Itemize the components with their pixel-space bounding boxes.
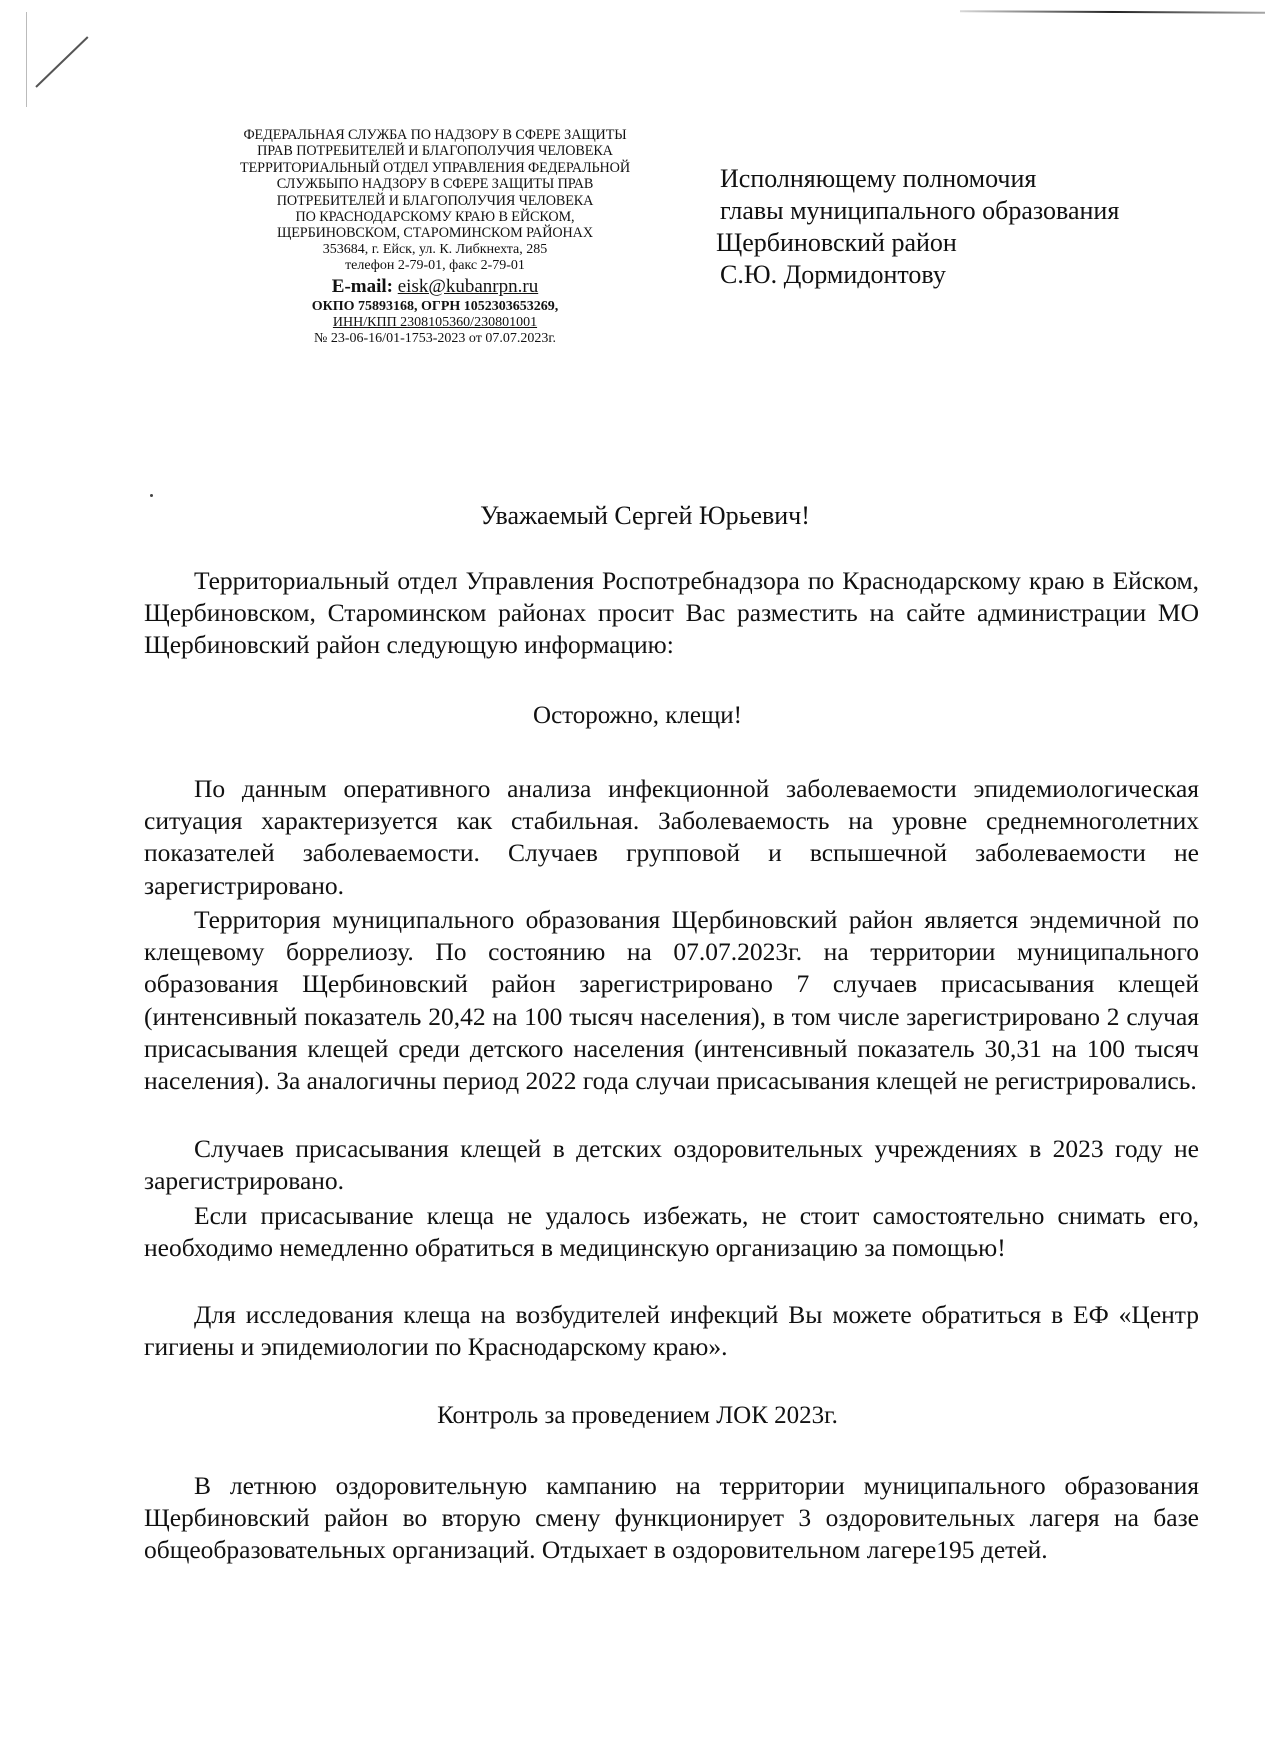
- registration-number: № 23-06-16/01-1753-2023 от 07.07.2023г.: [185, 331, 685, 347]
- email-link[interactable]: eisk@kubanrpn.ru: [398, 276, 538, 297]
- section-title-ticks: Осторожно, клещи!: [0, 702, 1275, 730]
- paragraph-tick-testing: Для исследования клеща на возбудителей и…: [144, 1299, 1199, 1363]
- sender-org-line: СЛУЖБЫПО НАДЗОРУ В СФЕРЕ ЗАЩИТЫ ПРАВ: [185, 176, 685, 192]
- scan-speck: [150, 494, 153, 497]
- paragraph-epidemic-situation: По данным оперативного анализа инфекцион…: [144, 773, 1199, 902]
- sender-okpo-ogrn: ОКПО 75893168, ОГРН 1052303653269,: [185, 299, 685, 315]
- paragraph-children-camps: Случаев присасывания клещей в детских оз…: [144, 1133, 1199, 1197]
- sender-org-line: ПРАВ ПОТРЕБИТЕЛЕЙ И БЛАГОПОЛУЧИЯ ЧЕЛОВЕК…: [185, 143, 685, 159]
- recipient-line: Щербиновский район: [716, 227, 1119, 259]
- paragraph-tick-statistics: Территория муниципального образования Ще…: [144, 904, 1199, 1097]
- sender-org-line: ТЕРРИТОРИАЛЬНЫЙ ОТДЕЛ УПРАВЛЕНИЯ ФЕДЕРАЛ…: [185, 160, 685, 176]
- sender-email-row: E-mail: eisk@kubanrpn.ru: [185, 275, 685, 299]
- sender-inn-kpp: ИНН/КПП 2308105360/230801001: [185, 315, 685, 331]
- sender-org-line: ПОТРЕБИТЕЛЕЙ И БЛАГОПОЛУЧИЯ ЧЕЛОВЕКА: [185, 193, 685, 209]
- paragraph-summer-camps: В летнюю оздоровительную кампанию на тер…: [144, 1470, 1199, 1567]
- paragraph-tick-removal-advice: Если присасывание клеща не удалось избеж…: [144, 1200, 1199, 1264]
- sender-phone: телефон 2-79-01, факс 2-79-01: [185, 258, 685, 274]
- sender-org-line: ЩЕРБИНОВСКОМ, СТАРОМИНСКОМ РАЙОНАХ: [185, 225, 685, 241]
- sender-org-line: ПО КРАСНОДАРСКОМУ КРАЮ В ЕЙСКОМ,: [185, 209, 685, 225]
- salutation: Уважаемый Сергей Юрьевич!: [0, 501, 1275, 531]
- recipient-line: Исполняющему полномочия: [720, 163, 1119, 195]
- intro-paragraph: Территориальный отдел Управления Роспотр…: [144, 565, 1199, 662]
- scan-edge-line-left: [26, 12, 27, 107]
- pen-mark: [35, 36, 88, 87]
- recipient-line: главы муниципального образования: [720, 195, 1119, 227]
- recipient-line: С.Ю. Дормидонтову: [720, 259, 1119, 291]
- sender-address: 353684, г. Ейск, ул. К. Либкнехта, 285: [185, 242, 685, 258]
- sender-letterhead: ФЕДЕРАЛЬНАЯ СЛУЖБА ПО НАДЗОРУ В СФЕРЕ ЗА…: [185, 127, 685, 348]
- sender-org-line: ФЕДЕРАЛЬНАЯ СЛУЖБА ПО НАДЗОРУ В СФЕРЕ ЗА…: [185, 127, 685, 143]
- section-title-summer-campaign: Контроль за проведением ЛОК 2023г.: [0, 1402, 1275, 1430]
- email-label: E-mail:: [332, 276, 393, 297]
- letter-page: ФЕДЕРАЛЬНАЯ СЛУЖБА ПО НАДЗОРУ В СФЕРЕ ЗА…: [0, 0, 1275, 1755]
- scan-edge-line: [960, 10, 1265, 14]
- recipient-block: Исполняющему полномочия главы муниципаль…: [720, 163, 1119, 291]
